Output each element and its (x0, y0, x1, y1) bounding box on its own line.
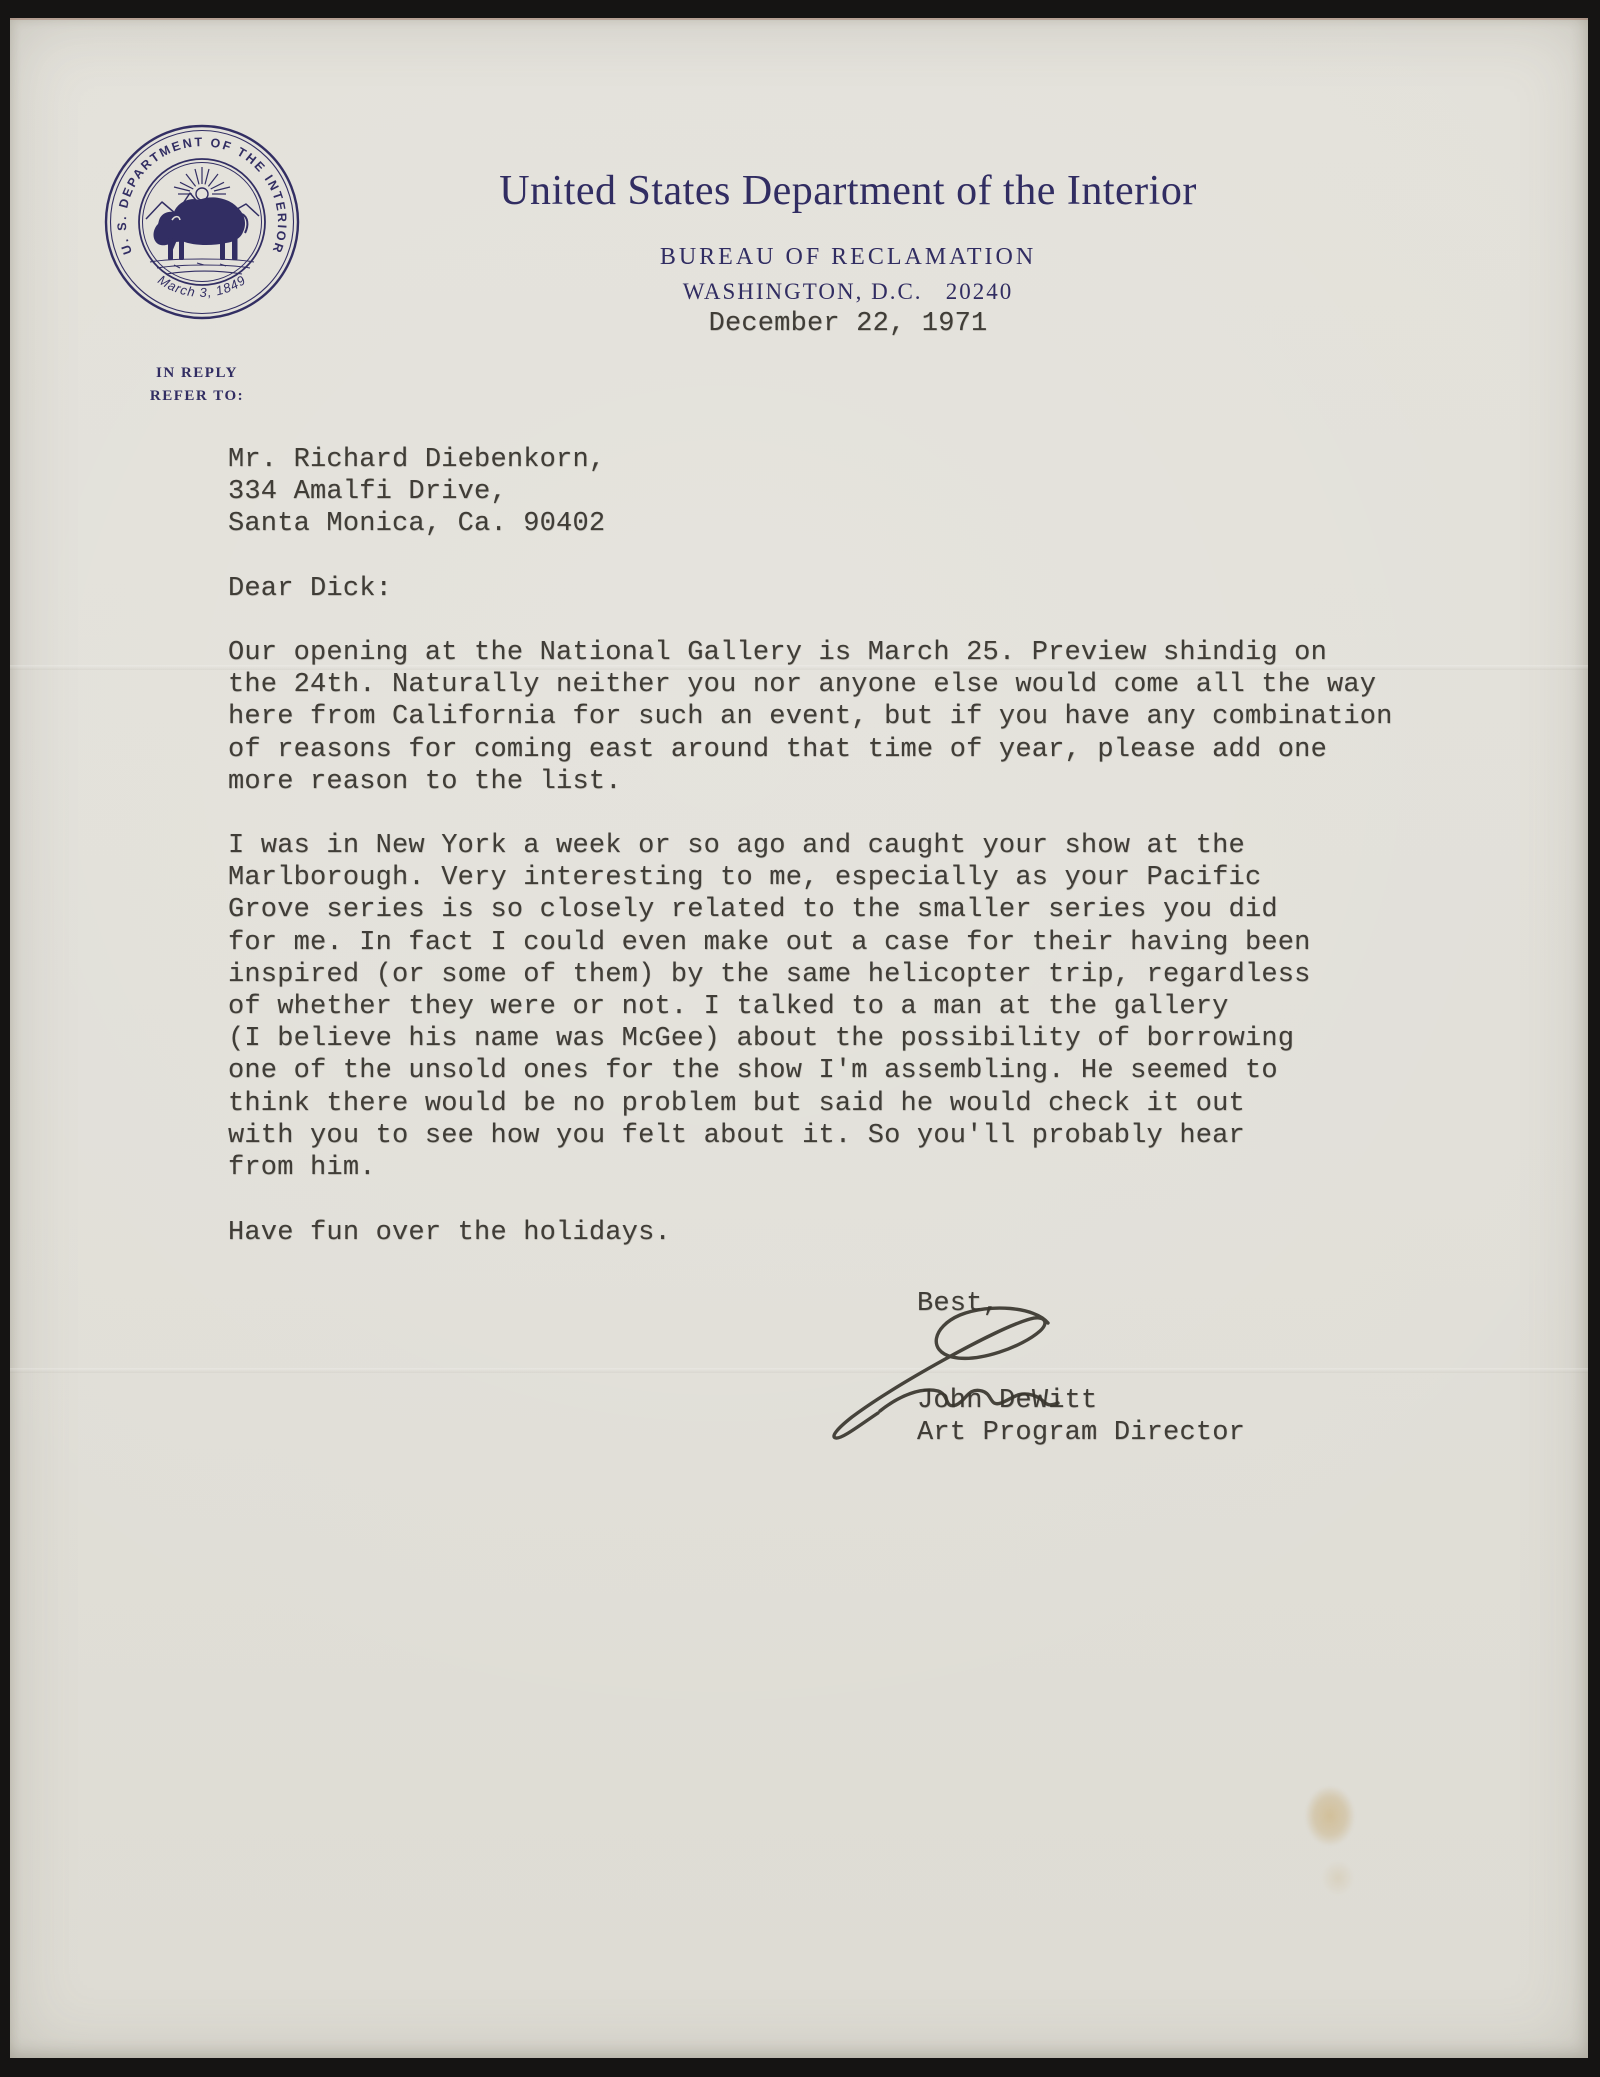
agency-title: United States Department of the Interior (108, 168, 1588, 214)
city-line: WASHINGTON, D.C. 20240 (108, 279, 1588, 305)
paragraph-2: I was in New York a week or so ago and c… (228, 830, 1311, 1184)
date-line: December 22, 1971 (108, 309, 1588, 339)
closing-block: Best, John DeWitt Art Program Director (917, 1288, 1245, 1449)
salutation: Dear Dick: (228, 573, 392, 605)
bureau-line: BUREAU OF RECLAMATION (108, 244, 1588, 271)
photo-backdrop: U. S. DEPARTMENT OF THE INTERIOR March 3… (0, 0, 1600, 2077)
stain-mark-faint (1315, 1853, 1361, 1903)
paragraph-1: Our opening at the National Gallery is M… (228, 637, 1393, 798)
fold-crease-lower (10, 1368, 1588, 1373)
letter-page: U. S. DEPARTMENT OF THE INTERIOR March 3… (10, 18, 1588, 2058)
in-reply-refer-to-note: IN REPLY REFER TO: (117, 362, 277, 408)
recipient-address: Mr. Richard Diebenkorn, 334 Amalfi Drive… (228, 444, 605, 541)
stain-mark (1295, 1774, 1365, 1858)
paragraph-3: Have fun over the holidays. (228, 1217, 671, 1249)
